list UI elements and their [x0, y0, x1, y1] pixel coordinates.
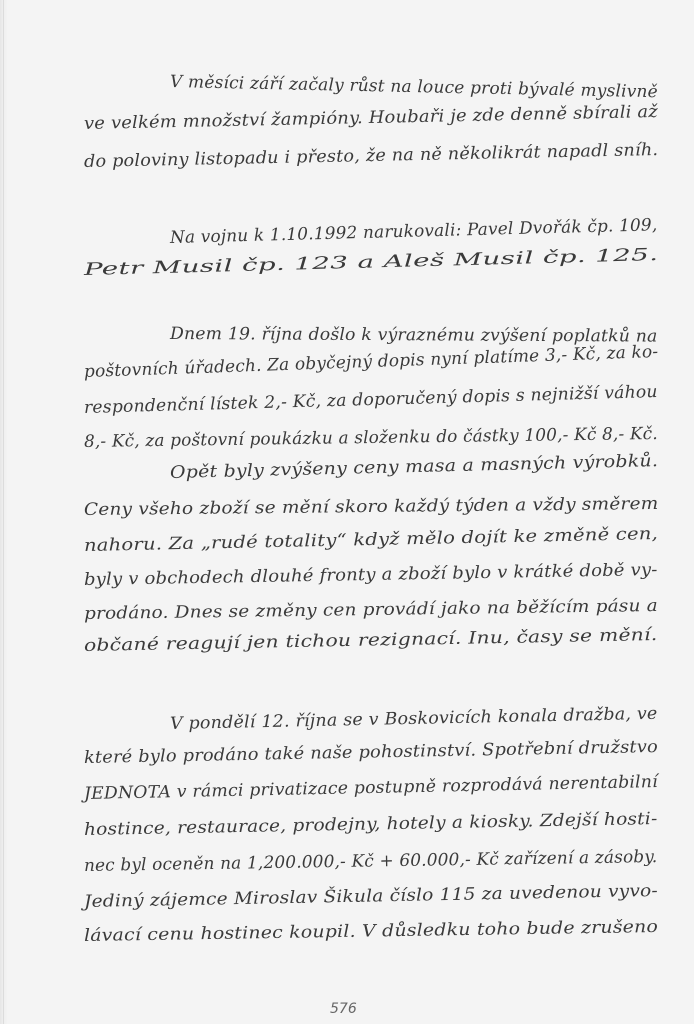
text-line: JEDNOTA v rámci privatizace postupně roz… [84, 772, 658, 804]
text-line: prodáno. Dnes se změny cen provádí jako … [84, 596, 658, 624]
text-line: byly v obchodech dlouhé fronty a zboží b… [84, 560, 658, 590]
text-line: Jediný zájemce Miroslav Šikula číslo 115… [84, 881, 658, 912]
text-line: V měsíci září začaly růst na louce proti… [170, 72, 658, 102]
text-line: lávací cenu hostinec koupil. V důsledku … [84, 917, 658, 946]
text-line: Petr Musil čp. 123 a Aleš Musil čp. 125. [84, 245, 659, 280]
document-page: V měsíci září začaly růst na louce proti… [0, 0, 694, 1024]
text-line: Ceny všeho zboží se mění skoro každý týd… [84, 494, 659, 520]
text-line: respondenční lístek 2,- Kč, za doporučen… [84, 382, 658, 418]
text-line: ve velkém množství žampióny. Houbaři je … [84, 102, 658, 134]
text-line: Dnem 19. října došlo k výraznému zvýšení… [170, 324, 658, 347]
page-number: 576 [330, 1001, 357, 1017]
text-line: hostince, restaurace, prodejny, hotely a… [84, 809, 658, 840]
text-line: které bylo prodáno také naše pohostinstv… [84, 737, 658, 768]
text-line: do poloviny listopadu i přesto, že na ně… [84, 140, 659, 172]
text-line: poštovních úřadech. Za obyčejný dopis ny… [84, 342, 659, 382]
text-line: nahoru. Za „rudé totality“ když mělo doj… [84, 524, 658, 556]
text-line: Opět byly zvýšeny ceny masa a masných vý… [170, 451, 659, 483]
text-line: nec byl oceněn na 1,200.000,- Kč + 60.00… [84, 847, 658, 876]
text-line: 8,- Kč, za poštovní poukázku a složenku … [84, 424, 658, 452]
text-line: občané reagují jen tichou rezignací. Inu… [84, 625, 658, 656]
text-line: V pondělí 12. října se v Boskovicích kon… [170, 704, 658, 734]
text-line: Na vojnu k 1.10.1992 narukovali: Pavel D… [170, 215, 658, 248]
page-edge [3, 0, 4, 1024]
